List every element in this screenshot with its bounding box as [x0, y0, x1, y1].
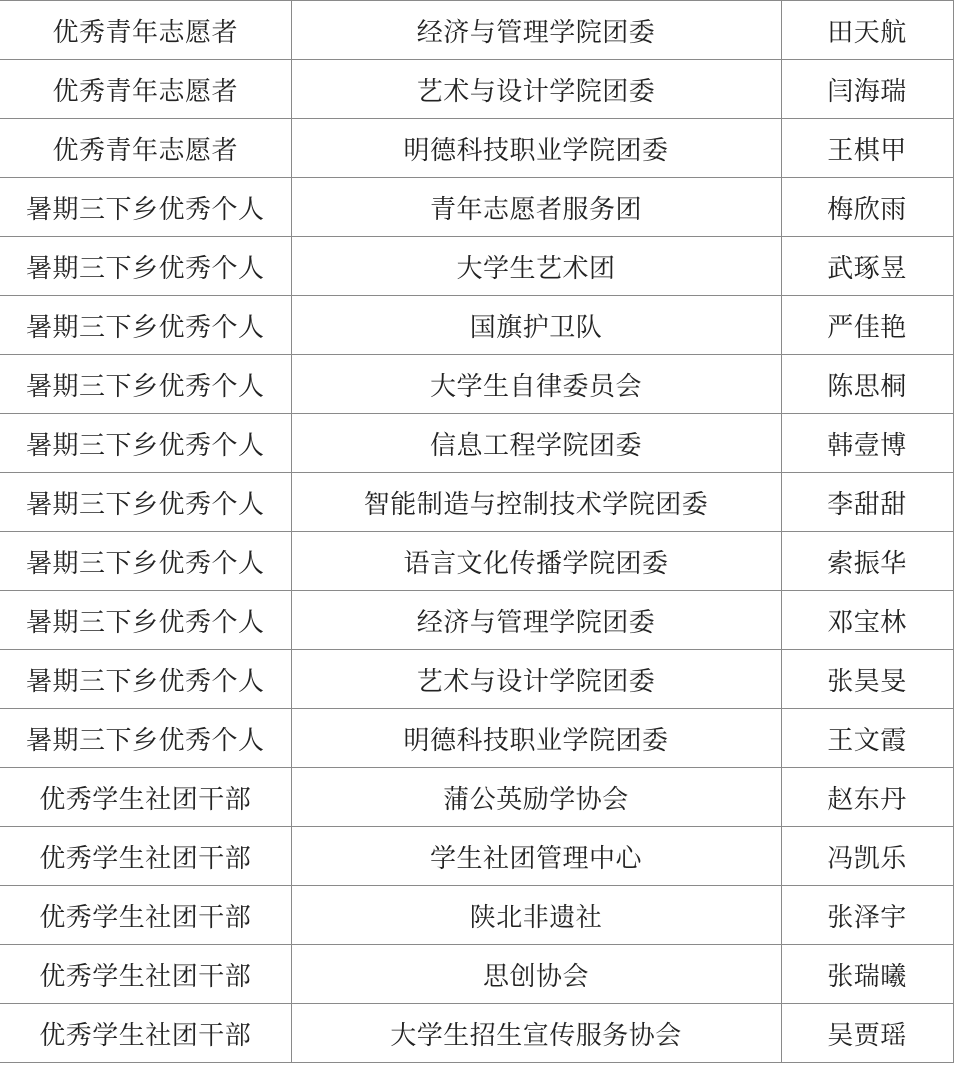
award-cell: 暑期三下乡优秀个人	[0, 591, 291, 650]
award-cell: 优秀青年志愿者	[0, 119, 291, 178]
name-cell: 李甜甜	[781, 473, 953, 532]
award-cell: 暑期三下乡优秀个人	[0, 178, 291, 237]
name-cell: 邓宝林	[781, 591, 953, 650]
unit-cell: 国旗护卫队	[291, 296, 781, 355]
unit-cell: 艺术与设计学院团委	[291, 650, 781, 709]
table-row: 暑期三下乡优秀个人经济与管理学院团委邓宝林	[0, 591, 953, 650]
award-cell: 优秀青年志愿者	[0, 60, 291, 119]
awards-table-body: 优秀青年志愿者经济与管理学院团委田天航 优秀青年志愿者艺术与设计学院团委闫海瑞 …	[0, 1, 953, 1063]
table-row: 优秀学生社团干部陕北非遗社张泽宇	[0, 886, 953, 945]
award-cell: 优秀学生社团干部	[0, 768, 291, 827]
unit-cell: 语言文化传播学院团委	[291, 532, 781, 591]
table-row: 暑期三下乡优秀个人大学生自律委员会陈思桐	[0, 355, 953, 414]
name-cell: 陈思桐	[781, 355, 953, 414]
unit-cell: 智能制造与控制技术学院团委	[291, 473, 781, 532]
table-row: 暑期三下乡优秀个人国旗护卫队严佳艳	[0, 296, 953, 355]
award-cell: 暑期三下乡优秀个人	[0, 709, 291, 768]
unit-cell: 明德科技职业学院团委	[291, 119, 781, 178]
award-cell: 暑期三下乡优秀个人	[0, 650, 291, 709]
award-cell: 暑期三下乡优秀个人	[0, 473, 291, 532]
name-cell: 张瑞曦	[781, 945, 953, 1004]
award-cell: 暑期三下乡优秀个人	[0, 414, 291, 473]
unit-cell: 大学生艺术团	[291, 237, 781, 296]
table-row: 暑期三下乡优秀个人明德科技职业学院团委王文霞	[0, 709, 953, 768]
table-row: 暑期三下乡优秀个人语言文化传播学院团委索振华	[0, 532, 953, 591]
name-cell: 冯凯乐	[781, 827, 953, 886]
award-cell: 优秀学生社团干部	[0, 886, 291, 945]
name-cell: 赵东丹	[781, 768, 953, 827]
name-cell: 闫海瑞	[781, 60, 953, 119]
award-cell: 优秀学生社团干部	[0, 945, 291, 1004]
table-row: 优秀青年志愿者艺术与设计学院团委闫海瑞	[0, 60, 953, 119]
award-cell: 暑期三下乡优秀个人	[0, 296, 291, 355]
table-row: 暑期三下乡优秀个人青年志愿者服务团梅欣雨	[0, 178, 953, 237]
name-cell: 张泽宇	[781, 886, 953, 945]
unit-cell: 信息工程学院团委	[291, 414, 781, 473]
award-cell: 优秀青年志愿者	[0, 1, 291, 60]
unit-cell: 学生社团管理中心	[291, 827, 781, 886]
award-cell: 优秀学生社团干部	[0, 827, 291, 886]
unit-cell: 思创协会	[291, 945, 781, 1004]
name-cell: 张昊旻	[781, 650, 953, 709]
award-cell: 暑期三下乡优秀个人	[0, 532, 291, 591]
table-row: 暑期三下乡优秀个人智能制造与控制技术学院团委李甜甜	[0, 473, 953, 532]
award-cell: 暑期三下乡优秀个人	[0, 237, 291, 296]
award-cell: 优秀学生社团干部	[0, 1004, 291, 1063]
table-row: 优秀学生社团干部蒲公英励学协会赵东丹	[0, 768, 953, 827]
name-cell: 王文霞	[781, 709, 953, 768]
unit-cell: 青年志愿者服务团	[291, 178, 781, 237]
unit-cell: 明德科技职业学院团委	[291, 709, 781, 768]
table-row: 暑期三下乡优秀个人大学生艺术团武琢昱	[0, 237, 953, 296]
name-cell: 韩壹博	[781, 414, 953, 473]
awards-table: 优秀青年志愿者经济与管理学院团委田天航 优秀青年志愿者艺术与设计学院团委闫海瑞 …	[0, 0, 954, 1063]
table-row: 暑期三下乡优秀个人艺术与设计学院团委张昊旻	[0, 650, 953, 709]
unit-cell: 艺术与设计学院团委	[291, 60, 781, 119]
name-cell: 田天航	[781, 1, 953, 60]
name-cell: 严佳艳	[781, 296, 953, 355]
table-row: 优秀青年志愿者经济与管理学院团委田天航	[0, 1, 953, 60]
unit-cell: 陕北非遗社	[291, 886, 781, 945]
name-cell: 王棋甲	[781, 119, 953, 178]
unit-cell: 经济与管理学院团委	[291, 1, 781, 60]
table-row: 优秀青年志愿者明德科技职业学院团委王棋甲	[0, 119, 953, 178]
unit-cell: 经济与管理学院团委	[291, 591, 781, 650]
name-cell: 索振华	[781, 532, 953, 591]
table-row: 暑期三下乡优秀个人信息工程学院团委韩壹博	[0, 414, 953, 473]
award-cell: 暑期三下乡优秀个人	[0, 355, 291, 414]
table-row: 优秀学生社团干部学生社团管理中心冯凯乐	[0, 827, 953, 886]
unit-cell: 大学生招生宣传服务协会	[291, 1004, 781, 1063]
name-cell: 武琢昱	[781, 237, 953, 296]
unit-cell: 蒲公英励学协会	[291, 768, 781, 827]
table-row: 优秀学生社团干部思创协会张瑞曦	[0, 945, 953, 1004]
table-row: 优秀学生社团干部大学生招生宣传服务协会吴贾瑶	[0, 1004, 953, 1063]
name-cell: 吴贾瑶	[781, 1004, 953, 1063]
unit-cell: 大学生自律委员会	[291, 355, 781, 414]
name-cell: 梅欣雨	[781, 178, 953, 237]
